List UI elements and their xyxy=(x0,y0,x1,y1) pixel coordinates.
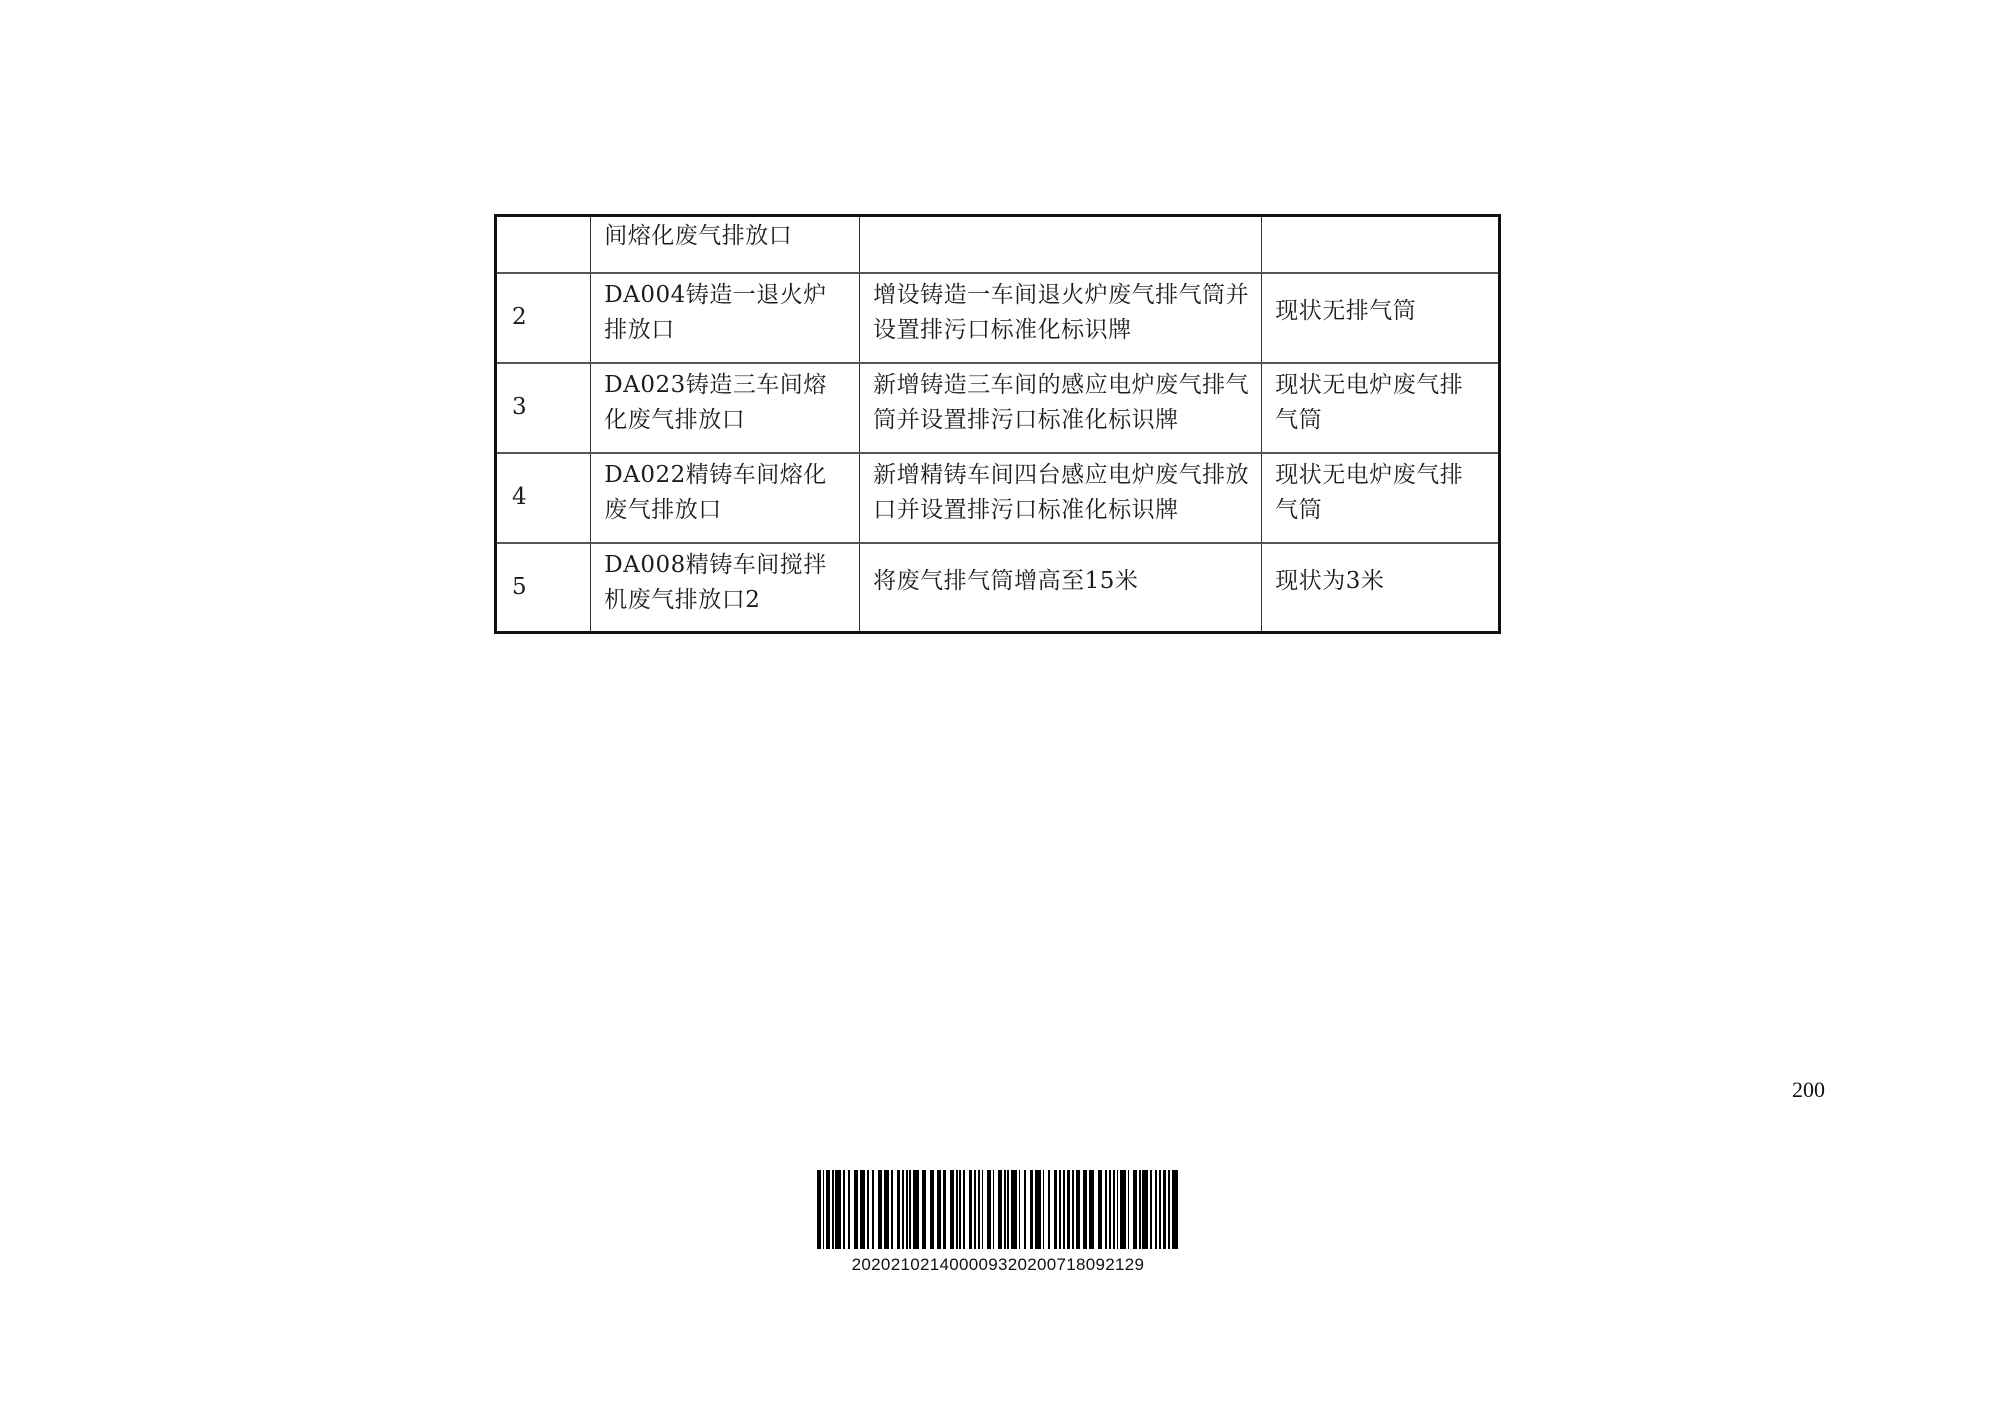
status-cell xyxy=(1262,216,1500,273)
row-number-cell: 2 xyxy=(496,273,591,363)
status-cell: 现状无排气筒 xyxy=(1262,273,1500,363)
measure-cell: 新增精铸车间四台感应电炉废气排放口并设置排污口标准化标识牌 xyxy=(860,453,1262,543)
row-number-cell: 4 xyxy=(496,453,591,543)
table-row: 4 DA022精铸车间熔化废气排放口 新增精铸车间四台感应电炉废气排放口并设置排… xyxy=(496,453,1500,543)
outlet-cell: DA023铸造三车间熔化废气排放口 xyxy=(591,363,860,453)
row-number-cell xyxy=(496,216,591,273)
status-cell: 现状无电炉废气排气筒 xyxy=(1262,453,1500,543)
table-row: 3 DA023铸造三车间熔化废气排放口 新增铸造三车间的感应电炉废气排气筒并设置… xyxy=(496,363,1500,453)
status-cell: 现状为3米 xyxy=(1262,543,1500,633)
outlet-cell: DA008精铸车间搅拌机废气排放口2 xyxy=(591,543,860,633)
barcode-bar xyxy=(1172,1170,1178,1249)
table-row: 2 DA004铸造一退火炉排放口 增设铸造一车间退火炉废气排气筒并设置排污口标准… xyxy=(496,273,1500,363)
rectification-table: 间熔化废气排放口 2 DA004铸造一退火炉排放口 增设铸造一车间退火炉废气排气… xyxy=(494,214,1501,634)
measure-cell: 增设铸造一车间退火炉废气排气筒并设置排污口标准化标识牌 xyxy=(860,273,1262,363)
table-row: 间熔化废气排放口 xyxy=(496,216,1500,273)
page-number: 200 xyxy=(1792,1077,1825,1103)
measure-cell: 新增铸造三车间的感应电炉废气排气筒并设置排污口标准化标识牌 xyxy=(860,363,1262,453)
status-cell: 现状无电炉废气排气筒 xyxy=(1262,363,1500,453)
row-number-cell: 3 xyxy=(496,363,591,453)
outlet-cell: DA022精铸车间熔化废气排放口 xyxy=(591,453,860,543)
outlet-cell: 间熔化废气排放口 xyxy=(591,216,860,273)
measure-cell: 将废气排气筒增高至15米 xyxy=(860,543,1262,633)
barcode-number: 202021021400009320200718092129 xyxy=(817,1255,1179,1275)
outlet-cell: DA004铸造一退火炉排放口 xyxy=(591,273,860,363)
document-page: 间熔化废气排放口 2 DA004铸造一退火炉排放口 增设铸造一车间退火炉废气排气… xyxy=(0,0,1995,1411)
barcode xyxy=(817,1170,1179,1249)
row-number-cell: 5 xyxy=(496,543,591,633)
table-row: 5 DA008精铸车间搅拌机废气排放口2 将废气排气筒增高至15米 现状为3米 xyxy=(496,543,1500,633)
measure-cell xyxy=(860,216,1262,273)
